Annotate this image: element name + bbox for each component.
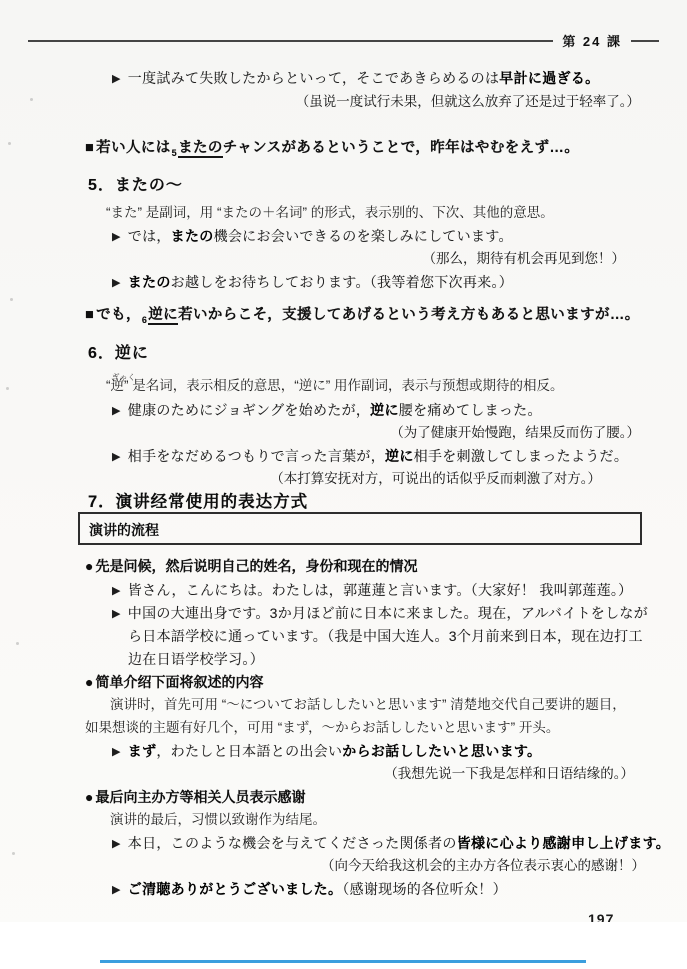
example-sentence: ▶またのお越しをお待ちしております。（我等着您下次再来。）: [112, 272, 513, 293]
jp-text: 一度試みて失敗したからといって，そこであきらめるのは: [128, 70, 500, 86]
cn-text: （感谢现场的各位听众！）: [342, 881, 507, 897]
underlined-grammar-target: 逆に: [148, 307, 178, 325]
triangle-bullet-icon: ▶: [112, 451, 121, 463]
explanation-paragraph: 演讲的最后，习惯以致谢作为结尾。: [110, 810, 326, 830]
jp-text-bold: 逆に: [370, 402, 399, 418]
translation-line: （为了健康开始慢跑，结果反而伤了腰。）: [390, 423, 640, 443]
section-heading: 5．またの～: [88, 176, 183, 196]
step-title: ●最后向主办方等相关人员表示感谢: [85, 787, 305, 807]
scanned-page: 第 24 課 ▶一度試みて失敗したからといって，そこであきらめるのは早計に過ぎる…: [0, 0, 687, 969]
example-sentence: ▶皆さん，こんにちは。わたしは，郭蓮蓮と言います。（大家好！ 我叫郭莲莲。）: [112, 580, 632, 601]
circle-bullet-icon: ●: [85, 674, 93, 690]
jp-text: 本日，このような機会を与えてくださった関係者の: [128, 835, 457, 851]
page-number-text: 197: [588, 911, 614, 922]
example-sentence: ▶健康のためにジョギングを始めたが，逆に腰を痛めてしまった。: [112, 400, 542, 421]
quote-post: 若いからこそ，支援してあげるという考え方もあると思いますが…。: [178, 307, 640, 323]
explanation-paragraph: 演讲时，首先可用 “～についてお話ししたいと思います” 清楚地交代自己要讲的题目…: [110, 695, 626, 715]
jp-text-bold: 逆に: [385, 448, 414, 464]
reference-number: 5: [172, 148, 177, 158]
jp-text-bold: まず: [128, 743, 157, 759]
reference-number: 6: [142, 315, 147, 325]
quote-post: チャンスがあるということで，昨年はやむをえず…。: [223, 140, 579, 156]
scan-speck: [8, 142, 11, 145]
step-title-text: 最后向主办方等相关人员表示感谢: [95, 789, 305, 805]
jp-text: 相手をなだめるつもりで言った言葉が，: [128, 448, 385, 464]
triangle-bullet-icon: ▶: [112, 838, 121, 850]
jp-text-bold: またの: [128, 274, 171, 290]
circle-bullet-icon: ●: [85, 789, 93, 805]
dialogue-quote-line: ■若い人には5またのチャンスがあるということで，昨年はやむをえず…。: [85, 138, 579, 159]
section-heading: 7．演讲经常使用的表达方式: [88, 492, 308, 512]
jp-text: 中国の大連出身です。3か月ほど前に日本に来ました。現在，アルバイトをしなが: [128, 605, 648, 621]
jp-text: 機会にお会いできるのを楽しみにしています。: [214, 228, 513, 244]
furigana: ぎゃく: [112, 368, 136, 388]
example-sentence-continuation: 边在日语学校学习。）: [128, 649, 264, 669]
translation-line: （那么，期待有机会再见到您！）: [423, 249, 626, 269]
triangle-bullet-icon: ▶: [112, 884, 121, 896]
jp-text-bold: またの: [171, 228, 214, 244]
example-sentence-continuation: ら日本語学校に通っています。（我是中国大连人。3个月前来到日本，现在边打工: [128, 626, 643, 646]
jp-text: お越しをお待ちしております。（我等着您下次再来。）: [171, 274, 513, 290]
scan-speck: [12, 852, 15, 855]
page-header-rule: 第 24 課: [28, 31, 659, 50]
jp-text: ，わたしと日本語との出会い: [156, 743, 342, 759]
circle-bullet-icon: ●: [85, 558, 93, 574]
step-title: ●先是问候，然后说明自己的姓名，身份和现在的情况: [85, 556, 417, 576]
example-sentence: ▶まず，わたしと日本語との出会いからお話ししたいと思います。: [112, 741, 541, 762]
cn-text: ” 是名词，表示相反的意思，“逆に” 用作副词，表示与预想或期待的相反。: [124, 378, 564, 393]
triangle-bullet-icon: ▶: [112, 277, 121, 289]
jp-text: 相手を刺激してしまったようだ。: [414, 448, 629, 464]
jp-text-bold: 皆様に心より感謝申し上げます。: [457, 835, 670, 851]
page-number: 197: [588, 911, 614, 922]
step-title-text: 简单介绍下面将叙述的内容: [95, 674, 263, 690]
jp-text-bold: からお話ししたいと思います。: [342, 743, 541, 759]
scan-speck: [6, 387, 9, 390]
jp-text-bold: ご清聴ありがとうございました。: [128, 881, 343, 897]
jp-text: 皆さん，こんにちは。わたしは，郭蓮蓮と言います。（大家好！ 我叫郭莲莲。）: [128, 582, 633, 598]
step-title-text: 先是问候，然后说明自己的姓名，身份和现在的情况: [95, 558, 417, 574]
translation-line: （虽说一度试行未果，但就这么放弃了还是过于轻率了。）: [296, 92, 640, 112]
jp-text: では，: [128, 228, 171, 244]
underlined-grammar-target: またの: [178, 140, 223, 158]
header-rule-left: [28, 40, 553, 42]
square-bullet-icon: ■: [85, 307, 94, 323]
example-sentence: ▶一度試みて失敗したからといって，そこであきらめるのは早計に過ぎる。: [112, 68, 599, 89]
section-heading: 6．逆に: [88, 344, 149, 364]
dialogue-quote-line: ■でも，6逆に若いからこそ，支援してあげるという考え方もあると思いますが…。: [85, 305, 640, 326]
flow-box: 演讲的流程: [78, 512, 642, 545]
explanation-paragraph: 如果想谈的主题有好几个，可用 “まず，～からお話ししたいと思います” 开头。: [85, 718, 559, 738]
triangle-bullet-icon: ▶: [112, 405, 121, 417]
explanation-paragraph: “また” 是副词，用 “またの＋名词” 的形式，表示别的、下次、其他的意思。: [106, 203, 554, 223]
triangle-bullet-icon: ▶: [112, 585, 121, 597]
example-sentence: ▶ご清聴ありがとうございました。（感谢现场的各位听众！）: [112, 879, 507, 900]
header-rule-right: [631, 40, 659, 42]
translation-line: （向今天给我这机会的主办方各位表示衷心的感谢！）: [321, 856, 645, 876]
quote-pre: 若い人には: [96, 140, 171, 156]
scan-speck: [16, 642, 19, 645]
square-bullet-icon: ■: [85, 140, 94, 156]
example-sentence: ▶では，またの機会にお会いできるのを楽しみにしています。: [112, 226, 513, 247]
triangle-bullet-icon: ▶: [112, 608, 121, 620]
explanation-paragraph: “ぎゃく逆” 是名词，表示相反的意思，“逆に” 用作副词，表示与预想或期待的相反…: [106, 376, 564, 396]
example-sentence: ▶本日，このような機会を与えてくださった関係者の皆様に心より感謝申し上げます。: [112, 833, 670, 854]
jp-text-bold: 早計に過ぎる。: [499, 70, 599, 86]
scan-speck: [30, 98, 33, 101]
triangle-bullet-icon: ▶: [112, 73, 121, 85]
lesson-number-label: 第 24 課: [562, 31, 622, 50]
flow-box-title: 演讲的流程: [80, 514, 640, 540]
translation-line: （本打算安抚对方，可说出的话似乎反而刺激了对方。）: [270, 469, 601, 489]
translation-line: （我想先说一下我是怎样和日语结缘的。）: [384, 764, 634, 784]
example-sentence: ▶中国の大連出身です。3か月ほど前に日本に来ました。現在，アルバイトをしなが: [112, 603, 648, 624]
kanji-with-furigana: ぎゃく逆: [111, 376, 125, 396]
jp-text: 腰を痛めてしまった。: [399, 402, 542, 418]
quote-pre: でも，: [96, 307, 141, 323]
example-sentence: ▶相手をなだめるつもりで言った言葉が，逆に相手を刺激してしまったようだ。: [112, 446, 628, 467]
triangle-bullet-icon: ▶: [112, 231, 121, 243]
scan-artifact-blue-line: [100, 960, 586, 963]
jp-text: 健康のためにジョギングを始めたが，: [128, 402, 370, 418]
triangle-bullet-icon: ▶: [112, 746, 121, 758]
step-title: ●简单介绍下面将叙述的内容: [85, 672, 263, 692]
scan-speck: [10, 298, 13, 301]
